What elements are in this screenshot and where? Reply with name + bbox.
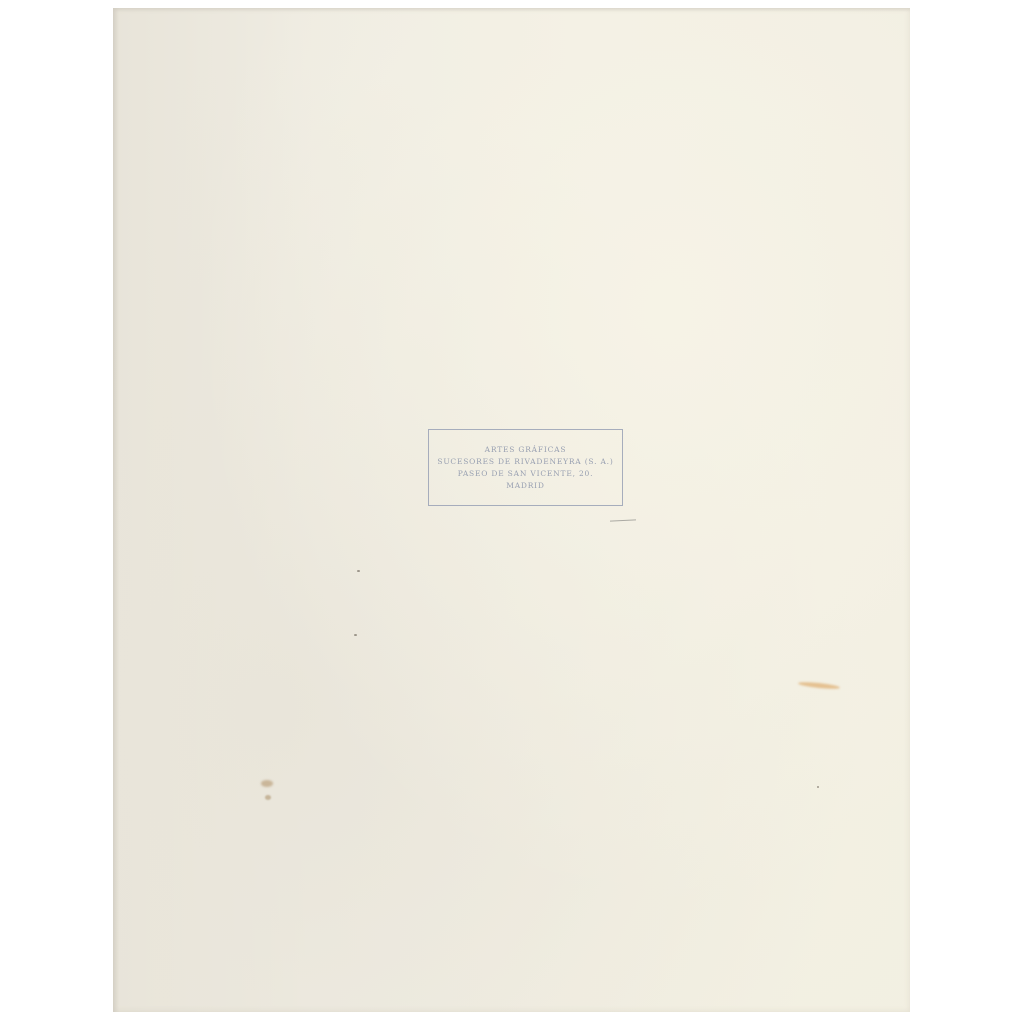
stamp-line-1: ARTES GRÁFICAS — [485, 445, 567, 454]
ink-speck — [357, 570, 360, 572]
stamp-line-3: PASEO DE SAN VICENTE, 20. — [458, 469, 594, 478]
pencil-mark — [610, 519, 636, 521]
ink-speck — [354, 634, 357, 636]
paper-edge-top — [113, 8, 910, 12]
canvas: ARTES GRÁFICAS SUCESORES DE RIVADENEYRA … — [0, 0, 1024, 1024]
paper-sheet: ARTES GRÁFICAS SUCESORES DE RIVADENEYRA … — [113, 8, 910, 1012]
brown-spot — [265, 795, 271, 800]
brown-spot — [261, 780, 273, 787]
paper-edge-left — [113, 8, 119, 1012]
printer-stamp: ARTES GRÁFICAS SUCESORES DE RIVADENEYRA … — [428, 429, 623, 506]
stamp-line-4: MADRID — [506, 481, 545, 490]
stamp-line-2: SUCESORES DE RIVADENEYRA (S. A.) — [437, 457, 613, 466]
orange-stain — [798, 681, 840, 690]
ink-speck — [817, 786, 819, 788]
